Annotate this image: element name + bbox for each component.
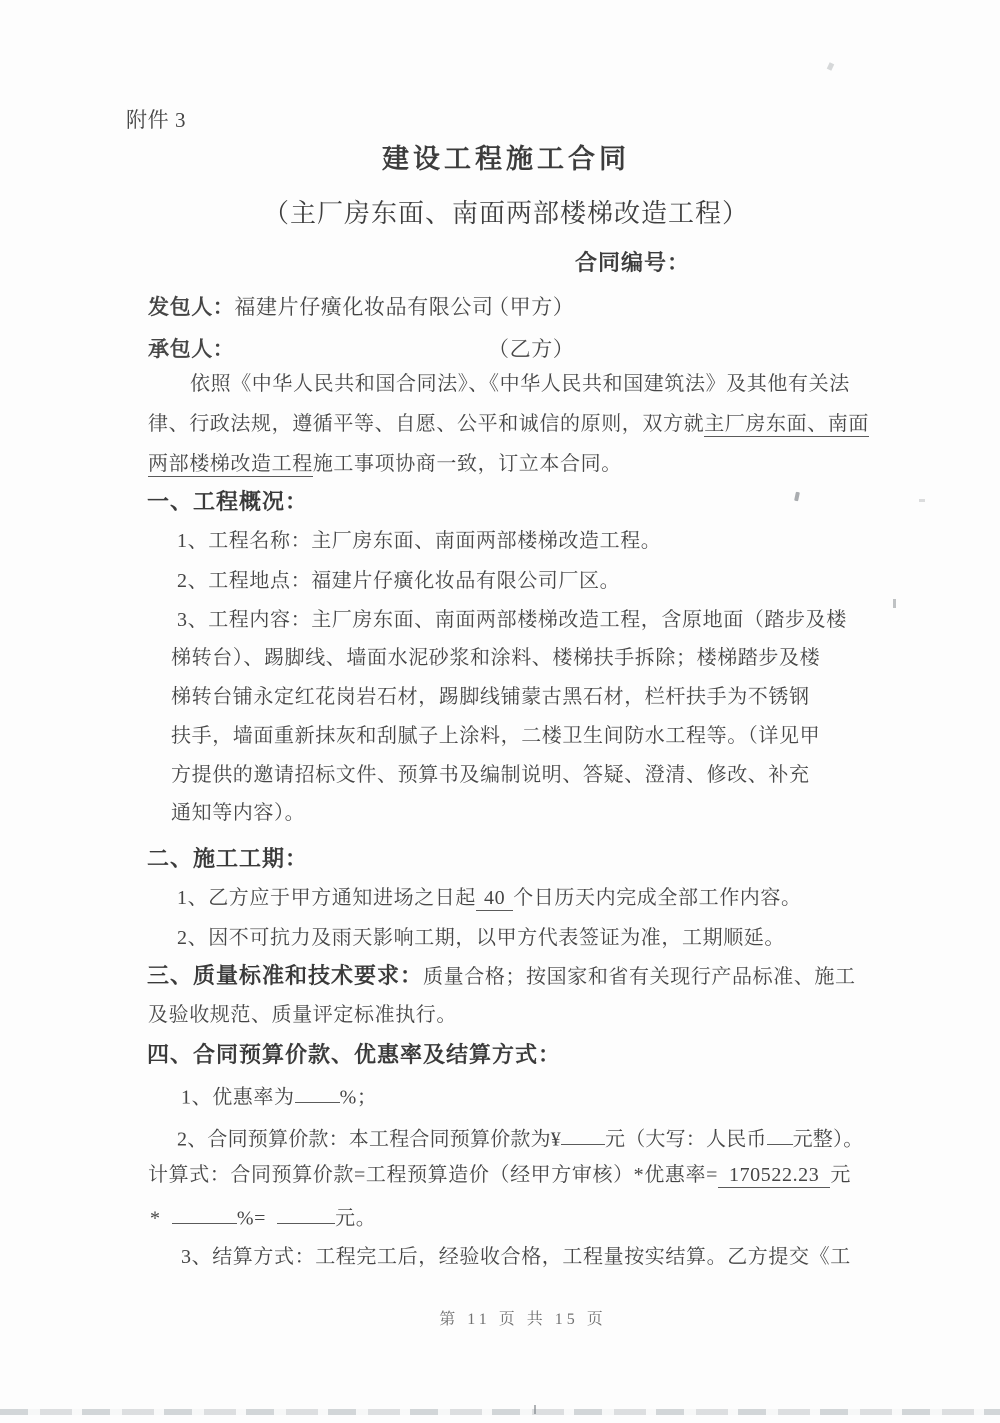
- section4-item2-line2: 计算式：合同预算价款=工程预算造价（经甲方审核）*优惠率=170522.23元: [148, 1163, 851, 1188]
- calc-formula-text: 计算式：合同预算价款=工程预算造价（经甲方审核）*优惠率=: [148, 1164, 718, 1186]
- employer-tag: （甲方）: [488, 294, 574, 320]
- section4-item1-pre: 1、优惠率为: [181, 1086, 295, 1108]
- section1-heading: 一、工程概况：: [147, 488, 308, 516]
- section4-item1: 1、优惠率为%；: [181, 1082, 377, 1110]
- section1-item3-line3: 梯转台铺永定红花岗岩石材，踢脚线铺蒙古黑石材，栏杆扶手为不锈钢: [171, 685, 810, 710]
- contract-number-label: 合同编号：: [575, 249, 690, 277]
- section1-item3-line6: 通知等内容）。: [171, 801, 305, 826]
- section1-item3-line5: 方提供的邀请招标文件、预算书及编制说明、答疑、澄清、修改、补充: [171, 763, 810, 788]
- employer-name: 福建片仔癀化妆品有限公司: [234, 295, 493, 319]
- preamble-line2: 律、行政法规，遵循平等、自愿、公平和诚信的原则，双方就主厂房东面、南面: [148, 412, 869, 437]
- duration-days-value: 40: [476, 887, 513, 911]
- scan-speck: [827, 62, 834, 70]
- section1-item2: 2、工程地点：福建片仔癀化妆品有限公司厂区。: [177, 569, 620, 594]
- section3-body-line1: 质量合格；按国家和省有关现行产品标准、施工: [423, 966, 856, 988]
- contract-scan-page: 附件 3 建设工程施工合同 （主厂房东面、南面两部楼梯改造工程） 合同编号： 发…: [0, 0, 1000, 1423]
- scan-speck: [893, 599, 896, 608]
- section3-body-line2: 及验收规范、质量评定标准执行。: [148, 1003, 457, 1028]
- section2-item1-post: 个日历天内完成全部工作内容。: [513, 887, 801, 909]
- section4-item2-line3: * %= 元。: [150, 1203, 376, 1231]
- calc-formula-unit: 元: [830, 1164, 851, 1186]
- section4-item2-line1: 2、合同预算价款：本工程合同预算价款为¥元（大写：人民币元整）。: [177, 1124, 863, 1152]
- section4-item3: 3、结算方式：工程完工后，经验收合格，工程量按实结算。乙方提交《工: [181, 1245, 851, 1270]
- attachment-label: 附件 3: [126, 107, 186, 133]
- section3-heading: 三、质量标准和技术要求：: [147, 963, 423, 988]
- section4-item2-line1-post: 元整）。: [793, 1128, 864, 1150]
- amount-in-words-blank-field: [767, 1124, 793, 1145]
- party-employer-row: 发包人：福建片仔癀化妆品有限公司（甲方）: [148, 294, 908, 320]
- section2-item2: 2、因不可抗力及雨天影响工期，以甲方代表签证为准，工期顺延。: [177, 926, 785, 951]
- section1-item3-line2: 梯转台）、踢脚线、墙面水泥砂浆和涂料、楼梯扶手拆除；楼梯踏步及楼: [171, 646, 820, 671]
- scan-edge-artifact: [0, 1409, 1000, 1415]
- document-title: 建设工程施工合同: [6, 143, 1000, 177]
- section1-item3-line4: 扶手，墙面重新抹灰和刮腻子上涂料，二楼卫生间防水工程等。（详见甲: [171, 724, 820, 749]
- contractor-tag: （乙方）: [488, 336, 574, 362]
- section1-item1: 1、工程名称：主厂房东面、南面两部楼梯改造工程。: [177, 529, 661, 554]
- section2-item1-pre: 1、乙方应于甲方通知进场之日起: [177, 887, 476, 909]
- section4-item2-line1-mid: 元（大写：人民币: [605, 1128, 767, 1150]
- preamble-line1: 依照《中华人民共和国合同法》、《中华人民共和国建筑法》及其他有关法: [190, 372, 850, 397]
- calc-result-unit: 元。: [335, 1207, 376, 1229]
- party-contractor-row: 承包人：（乙方）: [148, 336, 908, 362]
- section4-heading: 四、合同预算价款、优惠率及结算方式：: [147, 1041, 561, 1069]
- contractor-label: 承包人：: [148, 337, 234, 361]
- document-subtitle: （主厂房东面、南面两部楼梯改造工程）: [6, 198, 1000, 231]
- project-name-underlined: 主厂房东面、南面: [704, 413, 869, 437]
- section2-heading: 二、施工工期：: [147, 845, 308, 873]
- project-name-underlined-cont: 两部楼梯改造工程: [148, 453, 313, 477]
- employer-label: 发包人：: [148, 295, 234, 319]
- page-number-indicator: 第 11 页 共 15 页: [23, 1310, 1000, 1330]
- preamble-line2-plain: 律、行政法规，遵循平等、自愿、公平和诚信的原则，双方就: [148, 413, 704, 435]
- section4-item1-post: %；: [340, 1086, 378, 1108]
- discount-rate-blank-field: [295, 1082, 340, 1103]
- scan-speck: [794, 492, 800, 502]
- preamble-line3-plain: 施工事项协商一致，订立本合同。: [313, 453, 622, 475]
- section4-item2-line1-pre: 2、合同预算价款：本工程合同预算价款为¥: [177, 1128, 561, 1150]
- rate-blank-field: [172, 1203, 237, 1224]
- section2-item1: 1、乙方应于甲方通知进场之日起40个日历天内完成全部工作内容。: [177, 886, 802, 911]
- section1-item3-line1: 3、工程内容：主厂房东面、南面两部楼梯改造工程，含原地面（踏步及楼: [177, 608, 847, 633]
- calc-star: *: [150, 1207, 161, 1229]
- preamble-line3: 两部楼梯改造工程施工事项协商一致，订立本合同。: [148, 452, 622, 477]
- budget-amount-blank-field: [561, 1124, 605, 1145]
- scan-speck: [919, 499, 925, 502]
- result-blank-field: [277, 1203, 335, 1224]
- budget-cost-value: 170522.23: [718, 1164, 830, 1188]
- section3-row: 三、质量标准和技术要求：质量合格；按国家和省有关现行产品标准、施工: [147, 962, 856, 990]
- calc-percent-equals: %=: [237, 1207, 266, 1229]
